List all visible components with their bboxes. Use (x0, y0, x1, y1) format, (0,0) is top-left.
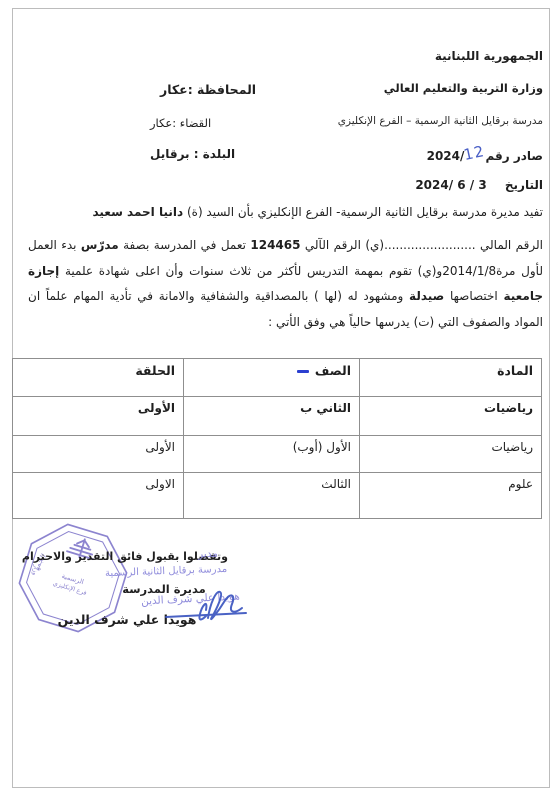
name-stamp-text: مدير (198, 548, 218, 561)
cell-subject: رياضيات (360, 397, 542, 436)
certificate-paragraph: الرقم المالي ........................(ي)… (28, 233, 543, 335)
header-class: الصف (184, 359, 360, 397)
ministry-title: وزارة التربية والتعليم العالي (384, 81, 543, 95)
table-row: علوم الثالث الاولى (13, 473, 542, 519)
scanned-certificate-page: الجمهورية اللبنانية وزارة التربية والتعل… (0, 0, 553, 804)
table-header-row: المادة الصف الحلقة (13, 359, 542, 397)
cell-class: الثالث (184, 473, 360, 519)
cell-subject: رياضيات (360, 436, 542, 473)
governorate-label: المحافظة :عكار (160, 82, 285, 97)
town-label: البلدة : برقايل (150, 147, 263, 161)
cell-class: الأول (أوب) (184, 436, 360, 473)
cell-cycle: الأولى (13, 397, 184, 436)
cell-cycle: الاولى (13, 473, 184, 519)
table-row: رياضيات الأول (أوب) الأولى (13, 436, 542, 473)
date-line: التاريخ 2024/ 6 / 3 (415, 178, 543, 192)
table-row: رياضيات الثاني ب الأولى (13, 397, 542, 436)
district-label: القضاء :عكار (150, 116, 258, 130)
cell-cycle: الأولى (13, 436, 184, 473)
signature-scribble (156, 586, 252, 626)
issued-year: 2024/ (427, 149, 465, 163)
subjects-table: المادة الصف الحلقة رياضيات الثاني ب الأو… (12, 358, 542, 519)
header-cycle: الحلقة (13, 359, 184, 397)
header-subject: المادة (360, 359, 542, 397)
republic-title: الجمهورية اللبنانية (435, 49, 543, 63)
issued-number-handwritten: 12 (462, 142, 486, 164)
school-name: مدرسة برقايل الثانية الرسمية – الفرع الإ… (338, 115, 543, 127)
issued-label: صادر رقم (485, 149, 543, 163)
blue-dash-marker (297, 370, 309, 373)
issued-number-line: صادر رقم2024/12 (427, 146, 543, 164)
certify-line: تفيد مديرة مدرسة برقايل الثانية الرسمية-… (20, 205, 543, 219)
cell-class: الثاني ب (184, 397, 360, 436)
cell-subject: علوم (360, 473, 542, 519)
date-label: التاريخ (505, 178, 543, 192)
date-value: 2024/ 6 / 3 (415, 178, 486, 192)
